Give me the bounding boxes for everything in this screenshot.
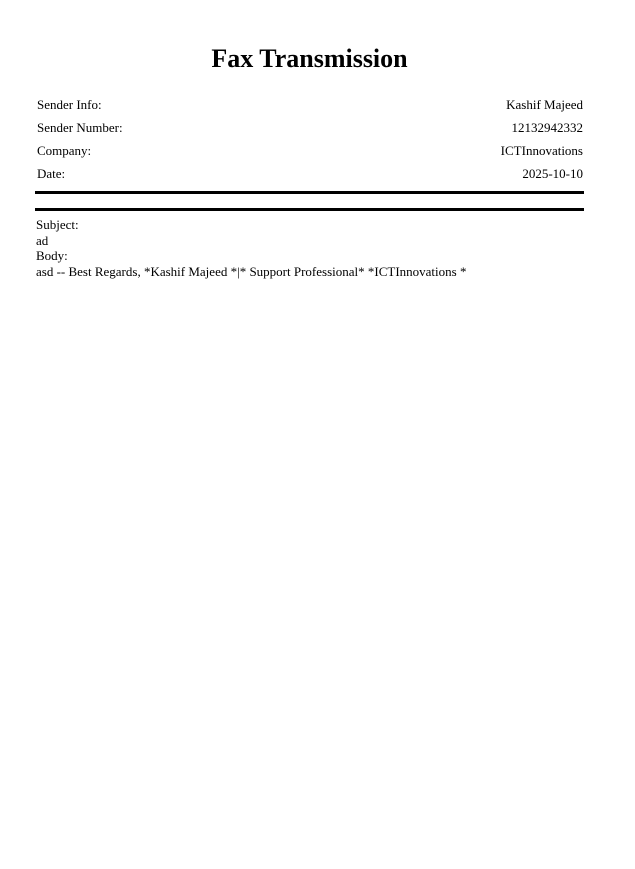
company-label: Company: — [37, 142, 91, 165]
subject-label: Subject: — [36, 217, 466, 233]
sender-info-label: Sender Info: — [37, 96, 102, 119]
sender-info-value: Kashif Majeed — [506, 96, 583, 119]
date-label: Date: — [37, 165, 65, 188]
company-value: ICTInnovations — [501, 142, 583, 165]
info-row-sender-number: Sender Number: 12132942332 — [37, 119, 583, 142]
subject-value: ad — [36, 233, 466, 249]
info-row-sender-info: Sender Info: Kashif Majeed — [37, 96, 583, 119]
divider-top — [35, 191, 584, 194]
body-label: Body: — [36, 248, 466, 264]
info-row-date: Date: 2025-10-10 — [37, 165, 583, 188]
sender-info-table: Sender Info: Kashif Majeed Sender Number… — [37, 96, 583, 188]
sender-number-label: Sender Number: — [37, 119, 123, 142]
date-value: 2025-10-10 — [522, 165, 583, 188]
info-row-company: Company: ICTInnovations — [37, 142, 583, 165]
sender-number-value: 12132942332 — [512, 119, 584, 142]
body-value: asd -- Best Regards, *Kashif Majeed *|* … — [36, 264, 466, 280]
document-title: Fax Transmission — [0, 42, 619, 76]
divider-bottom — [35, 208, 584, 211]
message-section: Subject: ad Body: asd -- Best Regards, *… — [36, 217, 466, 279]
